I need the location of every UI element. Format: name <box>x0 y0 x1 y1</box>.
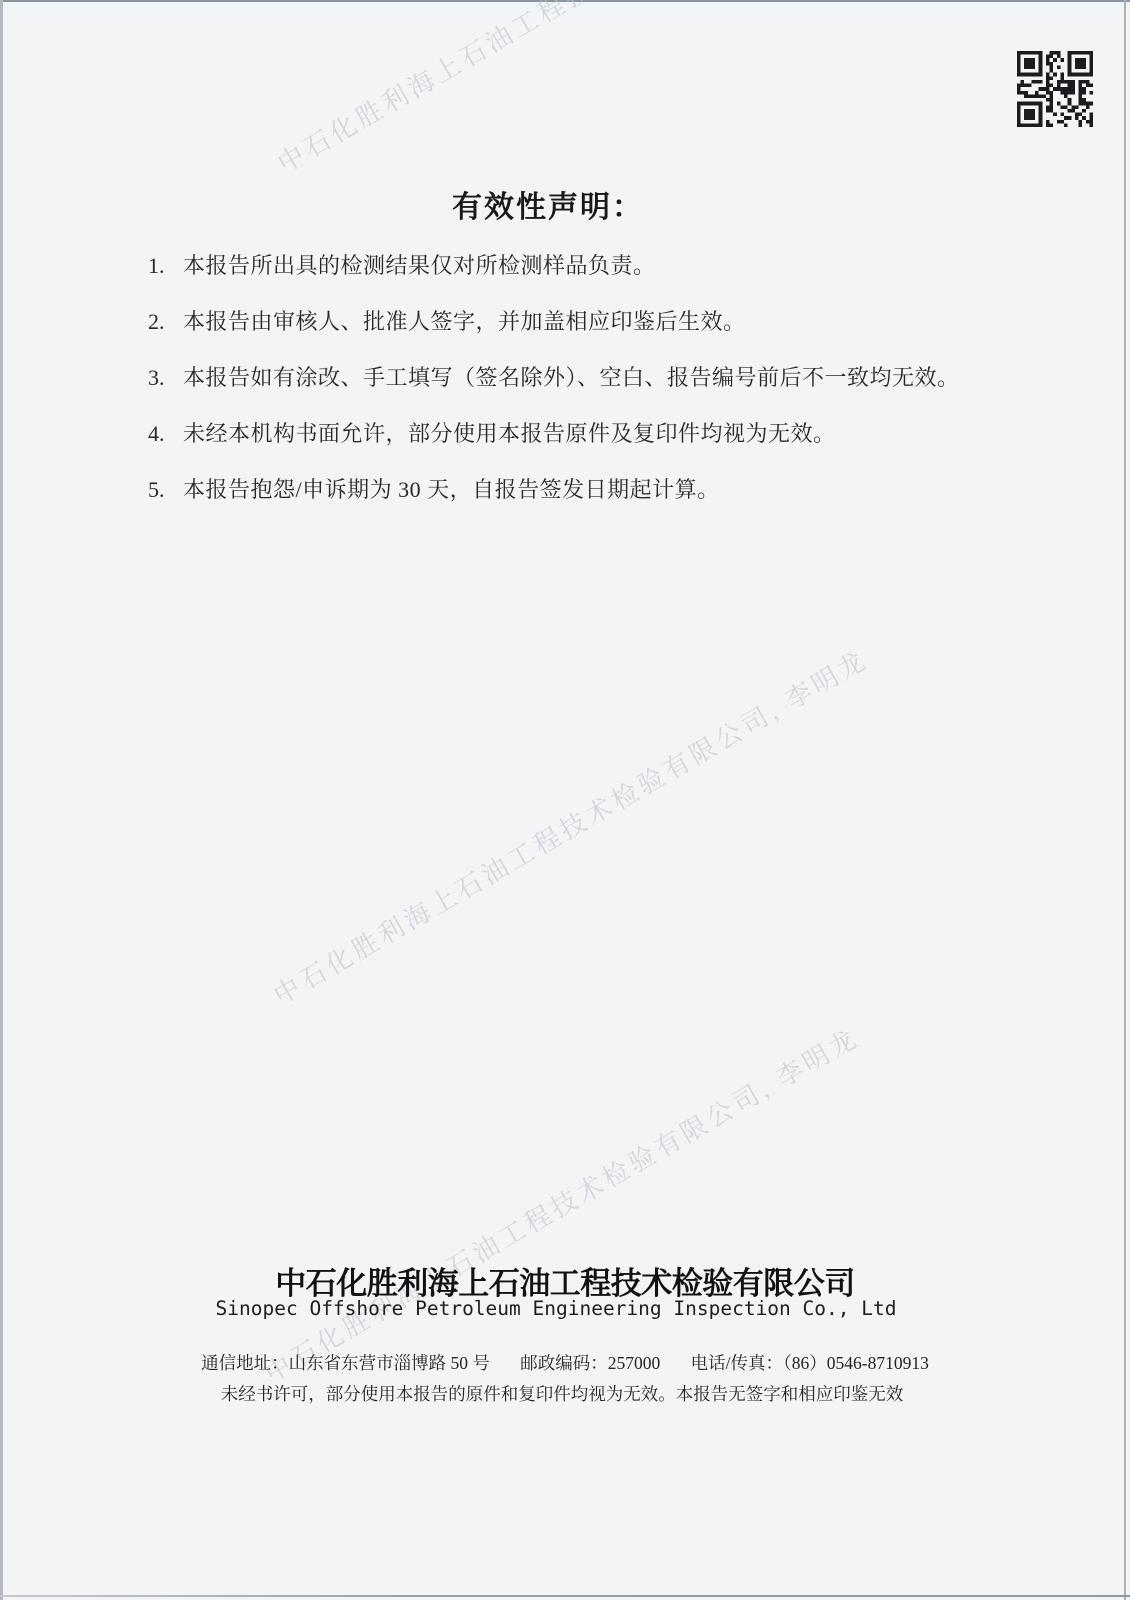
company-name-en: Sinopec Offshore Petroleum Engineering I… <box>0 1297 1112 1320</box>
statement-text: 本报告所出具的检测结果仅对所检测样品负责。 <box>183 238 656 294</box>
scanned-report-page: 中石化胜利海上石油工程技术检验有限公司, 李明龙 中石化胜利海上石油工程技术检验… <box>0 0 1130 1600</box>
statement-number: 1. <box>148 238 183 294</box>
page-title: 有效性声明： <box>0 182 1096 226</box>
watermark-top: 中石化胜利海上石油工程技术检验有限公司, 李明龙 <box>270 0 878 180</box>
contact-line: 通信地址：山东省东营市淄博路 50 号 邮政编码：257000 电话/传真：（8… <box>0 1350 1130 1375</box>
statement-item-3: 3. 本报告如有涂改、手工填写（签名除外）、空白、报告编号前后不一致均无效。 <box>148 350 960 406</box>
statement-number: 4. <box>148 406 183 462</box>
statement-text: 本报告抱怨/申诉期为 30 天，自报告签发日期起计算。 <box>183 462 720 518</box>
qr-code-icon <box>1017 51 1093 127</box>
statement-number: 3. <box>148 350 183 406</box>
footer-note: 未经书许可，部分使用本报告的原件和复印件均视为无效。本报告无签字和相应印鉴无效 <box>0 1381 1124 1406</box>
scan-edge-bottom <box>0 1595 1130 1597</box>
phone-fax: 电话/传真：（86）0546-8710913 <box>691 1350 929 1375</box>
scan-edge-top <box>0 0 1130 2</box>
statement-item-1: 1. 本报告所出具的检测结果仅对所检测样品负责。 <box>148 238 960 294</box>
statement-text: 本报告如有涂改、手工填写（签名除外）、空白、报告编号前后不一致均无效。 <box>183 350 960 406</box>
statement-number: 2. <box>148 294 183 350</box>
watermark-middle: 中石化胜利海上石油工程技术检验有限公司, 李明龙 <box>266 640 874 1013</box>
statement-item-2: 2. 本报告由审核人、批准人签字，并加盖相应印鉴后生效。 <box>148 294 960 350</box>
statement-item-4: 4. 未经本机构书面允许，部分使用本报告原件及复印件均视为无效。 <box>148 406 960 462</box>
postal-code: 邮政编码：257000 <box>520 1350 660 1375</box>
statement-text: 未经本机构书面允许，部分使用本报告原件及复印件均视为无效。 <box>183 406 836 462</box>
statement-text: 本报告由审核人、批准人签字，并加盖相应印鉴后生效。 <box>183 294 746 350</box>
watermark-bottom: 中石化胜利海上石油工程技术检验有限公司, 李明龙 <box>257 1018 865 1391</box>
mailing-address: 通信地址：山东省东营市淄博路 50 号 <box>201 1350 490 1375</box>
statements-list: 1. 本报告所出具的检测结果仅对所检测样品负责。 2. 本报告由审核人、批准人签… <box>148 238 960 518</box>
statement-item-5: 5. 本报告抱怨/申诉期为 30 天，自报告签发日期起计算。 <box>148 462 960 518</box>
statement-number: 5. <box>148 462 183 518</box>
